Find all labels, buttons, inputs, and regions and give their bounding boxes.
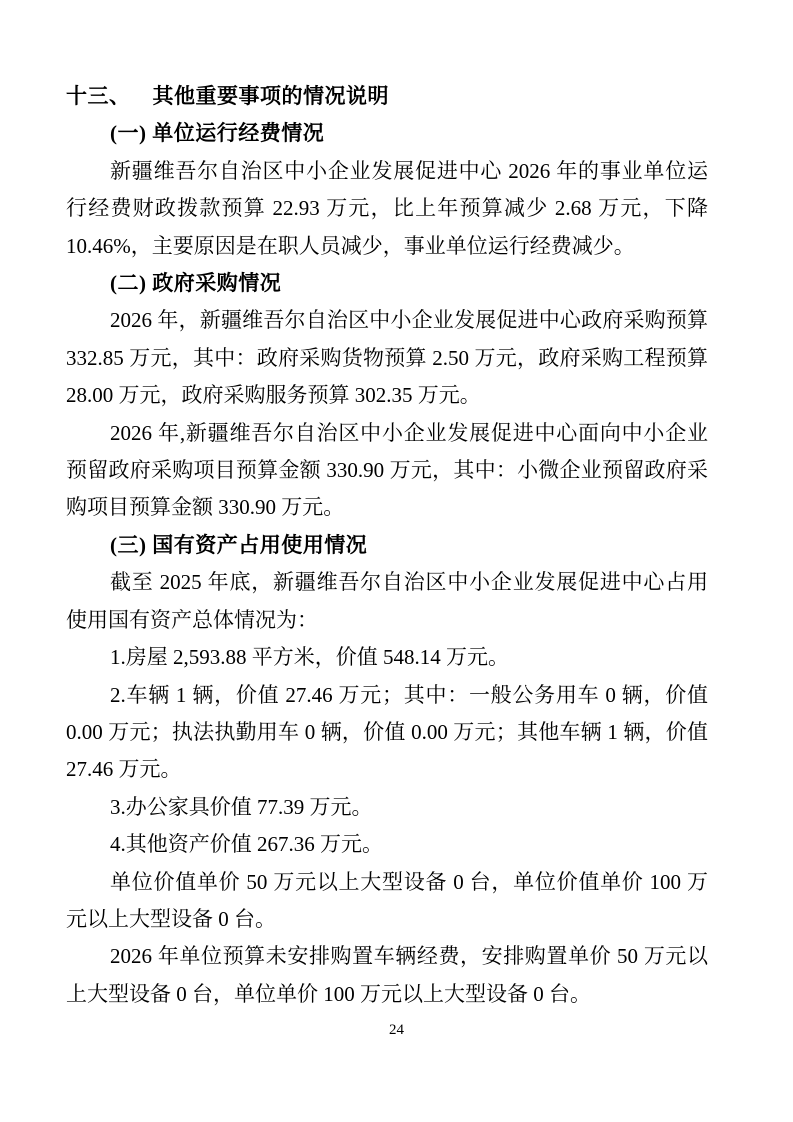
paragraph-procurement-reserved: 2026 年,新疆维吾尔自治区中小企业发展促进中心面向中小企业预留政府采购项目预…: [66, 415, 708, 527]
page-number: 24: [0, 1020, 793, 1040]
paragraph-assets-housing: 1.房屋 2,593.88 平方米，价值 548.14 万元。: [66, 639, 708, 676]
paragraph-operating-expenses: 新疆维吾尔自治区中小企业发展促进中心 2026 年的事业单位运行经费财政拨款预算…: [66, 153, 708, 265]
document-page: 十三、其他重要事项的情况说明 (一) 单位运行经费情况 新疆维吾尔自治区中小企业…: [0, 0, 793, 1122]
subsection-heading-2: (二) 政府采购情况: [66, 265, 708, 302]
section-number: 十三、: [66, 84, 131, 108]
section-title-text: 其他重要事项的情况说明: [153, 84, 390, 108]
paragraph-2026-purchase-plan: 2026 年单位预算未安排购置车辆经费，安排购置单价 50 万元以上大型设备 0…: [66, 938, 708, 1013]
page-title: 十三、其他重要事项的情况说明: [66, 78, 708, 115]
document-content: 十三、其他重要事项的情况说明 (一) 单位运行经费情况 新疆维吾尔自治区中小企业…: [66, 78, 708, 1013]
paragraph-assets-other: 4.其他资产价值 267.36 万元。: [66, 826, 708, 863]
paragraph-assets-vehicles: 2.车辆 1 辆，价值 27.46 万元；其中：一般公务用车 0 辆，价值 0.…: [66, 677, 708, 789]
paragraph-assets-furniture: 3.办公家具价值 77.39 万元。: [66, 789, 708, 826]
paragraph-procurement-budget: 2026 年，新疆维吾尔自治区中小企业发展促进中心政府采购预算 332.85 万…: [66, 302, 708, 414]
paragraph-large-equipment: 单位价值单价 50 万元以上大型设备 0 台，单位价值单价 100 万元以上大型…: [66, 864, 708, 939]
paragraph-assets-intro: 截至 2025 年底，新疆维吾尔自治区中小企业发展促进中心占用使用国有资产总体情…: [66, 564, 708, 639]
subsection-heading-1: (一) 单位运行经费情况: [66, 115, 708, 152]
subsection-heading-3: (三) 国有资产占用使用情况: [66, 527, 708, 564]
